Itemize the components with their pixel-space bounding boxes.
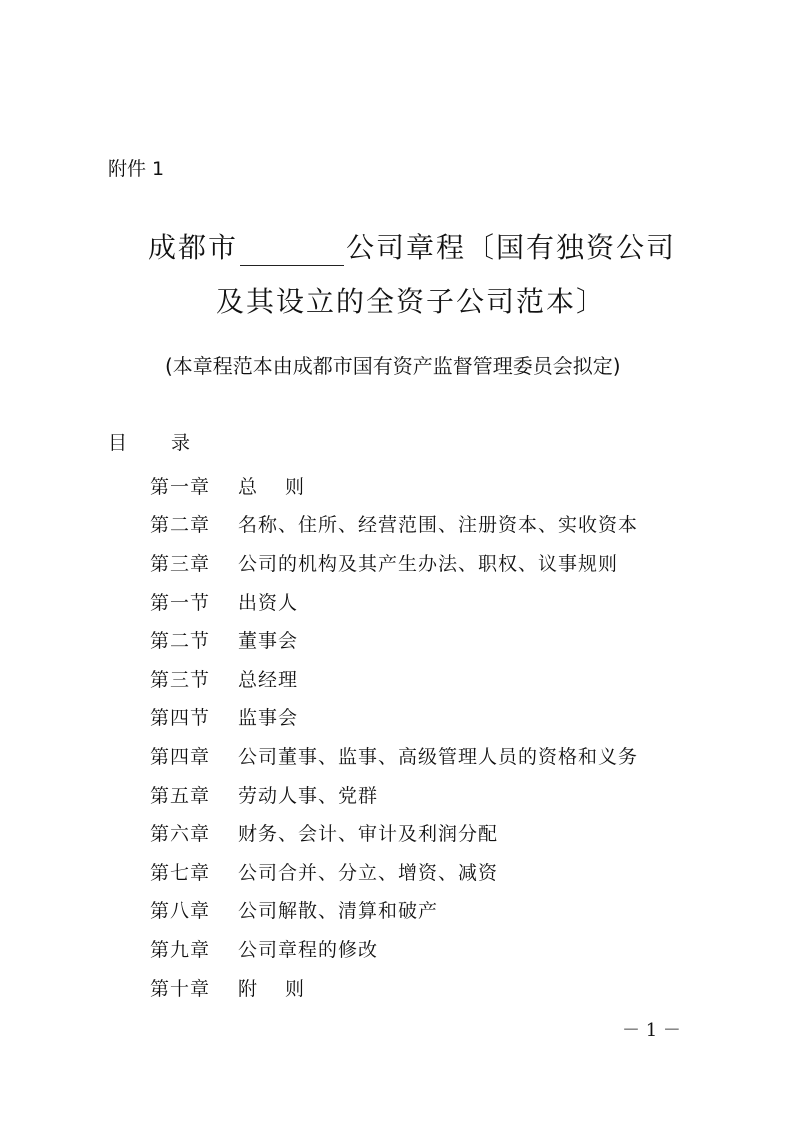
toc-item[interactable]: 第五章劳动人事、党群 [150, 775, 638, 814]
toc-heading-right: 录 [171, 432, 190, 454]
toc-item[interactable]: 第三章公司的机构及其产生办法、职权、议事规则 [150, 543, 638, 582]
toc-item-title: 总 则 [238, 472, 305, 499]
toc-item[interactable]: 第十章附 则 [150, 968, 638, 1007]
toc-item-title: 附 则 [238, 974, 305, 1001]
toc-item[interactable]: 第二节董事会 [150, 620, 638, 659]
toc-item-title: 劳动人事、党群 [238, 781, 378, 808]
toc-item-number: 第三章 [150, 549, 238, 576]
toc-item-number: 第四节 [150, 703, 238, 730]
title-blank-underline [240, 237, 344, 266]
toc-item-title: 公司解散、清算和破产 [238, 896, 438, 923]
toc-item-title: 出资人 [238, 588, 298, 615]
toc-item[interactable]: 第四章公司董事、监事、高级管理人员的资格和义务 [150, 736, 638, 775]
toc-item-number: 第二章 [150, 510, 238, 537]
table-of-contents: 第一章总 则 第二章名称、住所、经营范围、注册资本、实收资本 第三章公司的机构及… [150, 466, 638, 1006]
page-number: － 1 － [622, 1016, 681, 1042]
toc-item[interactable]: 第一章总 则 [150, 466, 638, 505]
toc-item-number: 第八章 [150, 896, 238, 923]
toc-item[interactable]: 第四节监事会 [150, 698, 638, 737]
title-suffix: 公司章程〔国有独资公司 [346, 231, 676, 264]
toc-item-title: 公司董事、监事、高级管理人员的资格和义务 [238, 742, 638, 769]
toc-item-number: 第九章 [150, 935, 238, 962]
toc-item-title: 董事会 [238, 626, 298, 653]
document-subtitle: (本章程范本由成都市国有资产监督管理委员会拟定) [165, 350, 621, 379]
toc-item-number: 第一章 [150, 472, 238, 499]
toc-item[interactable]: 第六章财务、会计、审计及利润分配 [150, 813, 638, 852]
toc-item-title: 监事会 [238, 703, 298, 730]
toc-item-title: 公司合并、分立、增资、减资 [238, 858, 498, 885]
toc-item-number: 第六章 [150, 819, 238, 846]
toc-item-number: 第二节 [150, 626, 238, 653]
attachment-label: 附件 1 [108, 154, 164, 181]
toc-item-number: 第十章 [150, 974, 238, 1001]
toc-item-title: 财务、会计、审计及利润分配 [238, 819, 498, 846]
title-prefix: 成都市 [148, 231, 238, 264]
toc-item-number: 第五章 [150, 781, 238, 808]
toc-item[interactable]: 第七章公司合并、分立、增资、减资 [150, 852, 638, 891]
toc-heading: 目录 [108, 428, 190, 455]
document-title-line2: 及其设立的全资子公司范本〕 [216, 280, 606, 320]
toc-heading-left: 目 [108, 432, 127, 454]
toc-item-title: 名称、住所、经营范围、注册资本、实收资本 [238, 510, 638, 537]
toc-item-title: 总经理 [238, 665, 298, 692]
toc-item-number: 第七章 [150, 858, 238, 885]
toc-item[interactable]: 第八章公司解散、清算和破产 [150, 891, 638, 930]
toc-item[interactable]: 第三节总经理 [150, 659, 638, 698]
toc-item-title: 公司章程的修改 [238, 935, 378, 962]
toc-item[interactable]: 第九章公司章程的修改 [150, 929, 638, 968]
document-title-line1: 成都市公司章程〔国有独资公司 [148, 226, 676, 266]
toc-item-number: 第四章 [150, 742, 238, 769]
toc-item-title: 公司的机构及其产生办法、职权、议事规则 [238, 549, 618, 576]
toc-item-number: 第三节 [150, 665, 238, 692]
toc-item[interactable]: 第二章名称、住所、经营范围、注册资本、实收资本 [150, 505, 638, 544]
toc-item[interactable]: 第一节出资人 [150, 582, 638, 621]
toc-item-number: 第一节 [150, 588, 238, 615]
